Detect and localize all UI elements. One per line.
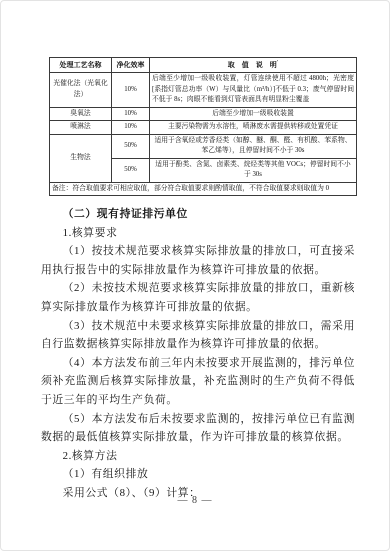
paragraph-5: （5）本方法发布后未按要求监测的，按排污单位已有监测数据的最低值核算实际排放量，… bbox=[41, 410, 355, 447]
efficiency-cell: 10% bbox=[112, 73, 150, 108]
table-row: 生物法 50% 适用于含氧烃或芳香烃类（如醇、醚、酮、醛、有机酸、苯系物、苯乙烯… bbox=[50, 134, 357, 158]
efficiency-cell: 10% bbox=[112, 107, 150, 121]
efficiency-cell: 50% bbox=[112, 158, 150, 182]
value-desc-cell: 适用于酚类、含氮、卤素类、烷烃类等其他 VOCs；停留时间不小于 30s bbox=[150, 158, 357, 182]
table-remark: 备注：符合取值要求可相应取值，部分符合取值要求则酌情取值，不符合取值要求则取值为… bbox=[50, 182, 357, 196]
item-organized-emission: （1）有组织排放 bbox=[41, 465, 355, 484]
process-name-cell: 光催化法（光氧化法） bbox=[50, 73, 112, 108]
value-desc-cell: 后端至少增加一级吸收装置，灯管连续使用不超过 4800h；光密度[系指灯管总功率… bbox=[150, 73, 357, 108]
page-number: — 8 — bbox=[1, 495, 389, 506]
table-note-row: 备注：符合取值要求可相应取值，部分符合取值要求则酌情取值，不符合取值要求则取值为… bbox=[50, 182, 357, 196]
treatment-process-table: 处理工艺名称 净化效率 取 值 说 明′ 光催化法（光氧化法） 10% 后端至少… bbox=[49, 57, 357, 196]
value-desc-cell: 主要污染物需为水溶性，喷淋废水需提供转移或处置凭证 bbox=[150, 121, 357, 135]
paragraph-3: （3）技术规范中未要求核算实际排放量的排放口，需采用自行监数据核算实际排放量作为… bbox=[41, 317, 355, 354]
value-desc-cell: 适用于含氧烃或芳香烃类（如醇、醚、酮、醛、有机酸、苯系物、苯乙烯等），且停留时间… bbox=[150, 134, 357, 158]
subsection-title-method: 2.核算方法 bbox=[41, 447, 355, 466]
paragraph-2: （2）未按技术规范要求核算实际排放量的排放口，重新核算实际排放量作为核算许可排放… bbox=[41, 279, 355, 316]
process-name-cell: 生物法 bbox=[50, 134, 112, 182]
header-process-name: 处理工艺名称 bbox=[50, 58, 112, 73]
value-desc-cell: 后端至少增加一级吸收装置 bbox=[150, 107, 357, 121]
efficiency-cell: 10% bbox=[112, 121, 150, 135]
process-name-cell: 喷淋法 bbox=[50, 121, 112, 135]
header-efficiency: 净化效率 bbox=[112, 58, 150, 73]
table-row: 臭氧法 10% 后端至少增加一级吸收装置 bbox=[50, 107, 357, 121]
body-text: （二）现有持证排污单位 1.核算要求 （1）按技术规范要求核算实际排放量的排放口… bbox=[41, 205, 355, 503]
paragraph-1: （1）按技术规范要求核算实际排放量的排放口，可直接采用执行报告中的实际排放量作为… bbox=[41, 242, 355, 279]
paragraph-4: （4）本方法发布前三年内未按要求开展监测的，排污单位须补充监测后核算实际排放量，… bbox=[41, 354, 355, 410]
document-page: 处理工艺名称 净化效率 取 值 说 明′ 光催化法（光氧化法） 10% 后端至少… bbox=[0, 0, 390, 551]
header-footnote-mark: ′ bbox=[277, 60, 278, 65]
page-content: 处理工艺名称 净化效率 取 值 说 明′ 光催化法（光氧化法） 10% 后端至少… bbox=[1, 1, 389, 503]
subsection-title-requirements: 1.核算要求 bbox=[41, 224, 355, 243]
efficiency-cell: 50% bbox=[112, 134, 150, 158]
table-row: 光催化法（光氧化法） 10% 后端至少增加一级吸收装置，灯管连续使用不超过 48… bbox=[50, 73, 357, 108]
header-value-note: 取 值 说 明′ bbox=[150, 58, 357, 73]
table-row: 喷淋法 10% 主要污染物需为水溶性，喷淋废水需提供转移或处置凭证 bbox=[50, 121, 357, 135]
section-title: （二）现有持证排污单位 bbox=[41, 205, 355, 224]
process-name-cell: 臭氧法 bbox=[50, 107, 112, 121]
table-header-row: 处理工艺名称 净化效率 取 值 说 明′ bbox=[50, 58, 357, 73]
